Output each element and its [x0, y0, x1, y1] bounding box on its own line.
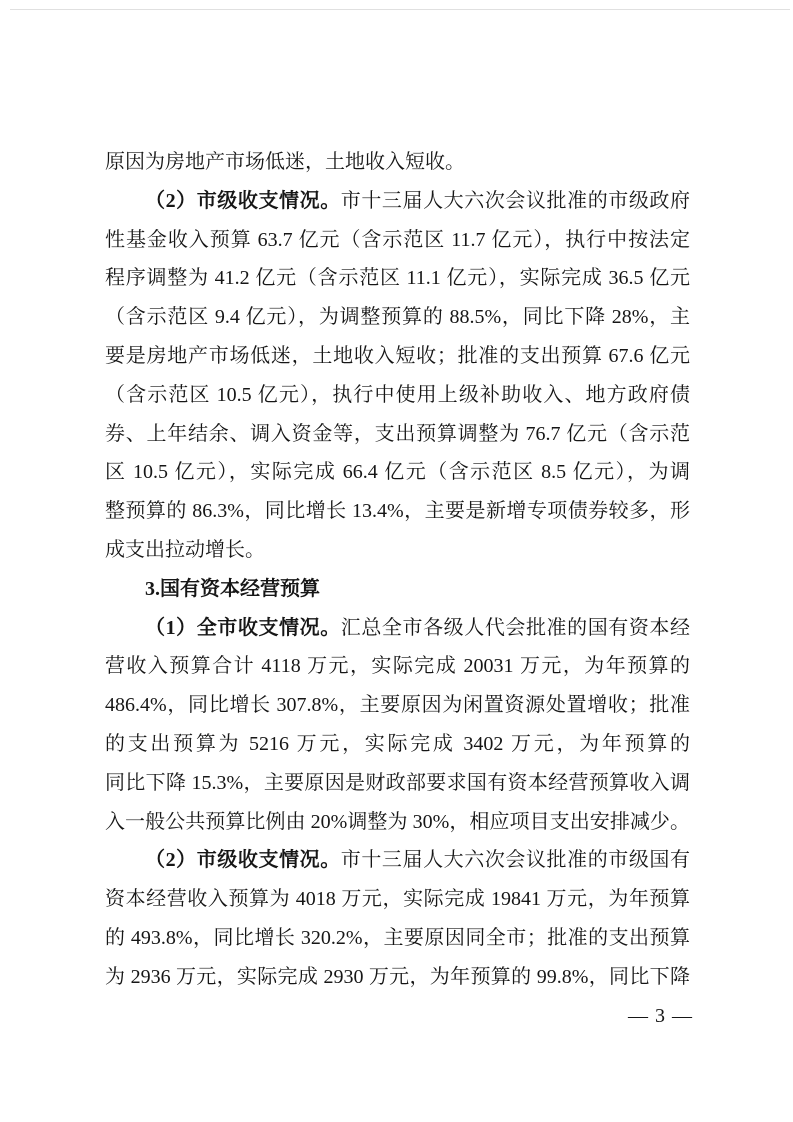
- page-number: — 3 —: [628, 1001, 693, 1031]
- document-body: 原因为房地产市场低迷，土地收入短收。 （2）市级收支情况。市十三届人大六次会议批…: [105, 143, 690, 997]
- text-run: （含示范区 10.5 亿元），执行中使用上级补助收入、地方政府债: [105, 384, 690, 406]
- text-run: 资本经营收入预算为 4018 万元，实际完成 19841 万元，为年预算: [105, 888, 690, 910]
- text-line: （含示范区 10.5 亿元），执行中使用上级补助收入、地方政府债: [105, 376, 690, 415]
- text-line: 性基金收入预算 63.7 亿元（含示范区 11.7 亿元），执行中按法定: [105, 221, 690, 260]
- text-line: 的支出预算为 5216 万元，实际完成 3402 万元，为年预算的 65.2%，: [105, 725, 690, 764]
- section-heading: 3.国有资本经营预算: [105, 570, 690, 609]
- text-line: 券、上年结余、调入资金等，支出预算调整为 76.7 亿元（含示范: [105, 415, 690, 454]
- text-line: 营收入预算合计 4118 万元，实际完成 20031 万元，为年预算的: [105, 647, 690, 686]
- text-run: 为 2936 万元，实际完成 2930 万元，为年预算的 99.8%，同比下降: [105, 966, 690, 988]
- text-run: 的支出预算为 5216 万元，实际完成 3402 万元，为年预算的 65.2%，: [105, 733, 690, 764]
- text-line: 同比下降 15.3%，主要原因是财政部要求国有资本经营预算收入调: [105, 764, 690, 803]
- scan-artifact-line: [10, 9, 790, 10]
- text-line: 区 10.5 亿元），实际完成 66.4 亿元（含示范区 8.5 亿元），为调: [105, 453, 690, 492]
- text-run: 成支出拉动增长。: [105, 539, 265, 561]
- text-run: 区 10.5 亿元），实际完成 66.4 亿元（含示范区 8.5 亿元），为调: [105, 461, 690, 483]
- text-run: 性基金收入预算 63.7 亿元（含示范区 11.7 亿元），执行中按法定: [105, 229, 690, 251]
- text-line: （2）市级收支情况。市十三届人大六次会议批准的市级国有: [105, 841, 690, 880]
- text-run: 的 493.8%，同比增长 320.2%，主要原因同全市；批准的支出预算: [105, 927, 690, 949]
- text-run: （含示范区 9.4 亿元），为调整预算的 88.5%，同比下降 28%，主: [105, 306, 690, 328]
- text-run: 要是房地产市场低迷，土地收入短收；批准的支出预算 67.6 亿元: [105, 345, 690, 367]
- text-run: 营收入预算合计 4118 万元，实际完成 20031 万元，为年预算的: [105, 655, 690, 677]
- text-run: 整预算的 86.3%，同比增长 13.4%，主要是新增专项债券较多，形: [105, 500, 690, 522]
- document-page: 原因为房地产市场低迷，土地收入短收。 （2）市级收支情况。市十三届人大六次会议批…: [0, 0, 793, 1122]
- bold-run: （2）市级收支情况。: [145, 190, 341, 212]
- text-run: 486.4%，同比增长 307.8%，主要原因为闲置资源处置增收；批准: [105, 694, 690, 716]
- text-line: 入一般公共预算比例由 20%调整为 30%，相应项目支出安排减少。: [105, 803, 690, 842]
- text-line: （2）市级收支情况。市十三届人大六次会议批准的市级政府: [105, 182, 690, 221]
- text-run: 入一般公共预算比例由 20%调整为 30%，相应项目支出安排减少。: [105, 811, 690, 833]
- text-line: 程序调整为 41.2 亿元（含示范区 11.1 亿元），实际完成 36.5 亿元: [105, 259, 690, 298]
- text-run: 券、上年结余、调入资金等，支出预算调整为 76.7 亿元（含示范: [105, 423, 690, 445]
- text-line: 要是房地产市场低迷，土地收入短收；批准的支出预算 67.6 亿元: [105, 337, 690, 376]
- text-line: 的 493.8%，同比增长 320.2%，主要原因同全市；批准的支出预算: [105, 919, 690, 958]
- bold-run: （2）市级收支情况。: [145, 849, 341, 871]
- bold-run: （1）全市收支情况。: [145, 617, 341, 639]
- text-line: 整预算的 86.3%，同比增长 13.4%，主要是新增专项债券较多，形: [105, 492, 690, 531]
- text-run: 原因为房地产市场低迷，土地收入短收。: [105, 151, 465, 173]
- text-run: 程序调整为 41.2 亿元（含示范区 11.1 亿元），实际完成 36.5 亿元: [105, 267, 690, 289]
- bold-run: 3.国有资本经营预算: [145, 578, 320, 600]
- text-run: 同比下降 15.3%，主要原因是财政部要求国有资本经营预算收入调: [105, 772, 690, 794]
- text-run: 市十三届人大六次会议批准的市级政府: [341, 190, 690, 212]
- text-line: 为 2936 万元，实际完成 2930 万元，为年预算的 99.8%，同比下降: [105, 958, 690, 997]
- text-line: 原因为房地产市场低迷，土地收入短收。: [105, 143, 690, 182]
- text-line: 资本经营收入预算为 4018 万元，实际完成 19841 万元，为年预算: [105, 880, 690, 919]
- text-run: 市十三届人大六次会议批准的市级国有: [341, 849, 690, 871]
- text-run: 汇总全市各级人代会批准的国有资本经: [341, 617, 690, 639]
- text-line: （含示范区 9.4 亿元），为调整预算的 88.5%，同比下降 28%，主: [105, 298, 690, 337]
- text-line: 486.4%，同比增长 307.8%，主要原因为闲置资源处置增收；批准: [105, 686, 690, 725]
- text-line: 成支出拉动增长。: [105, 531, 690, 570]
- text-line: （1）全市收支情况。汇总全市各级人代会批准的国有资本经: [105, 609, 690, 648]
